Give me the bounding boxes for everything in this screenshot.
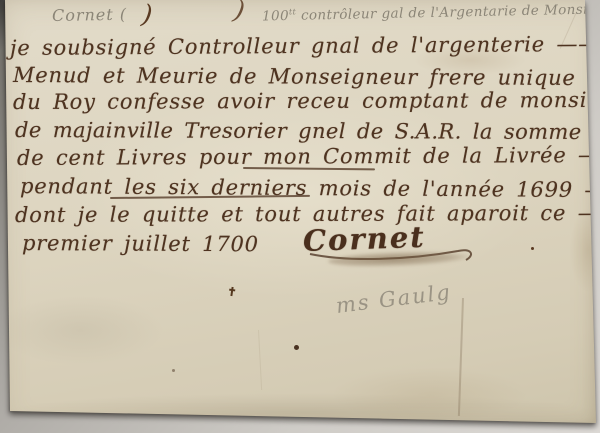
ink-speck-mark — [230, 287, 233, 296]
ink-dot — [531, 247, 534, 250]
crease-line — [458, 298, 464, 416]
manuscript-line-3: du Roy confesse avoir receu comptant de … — [13, 88, 600, 115]
document-photo: Cornet ( 100tt contrôleur gal de l'Argen… — [0, 0, 600, 433]
crease-line — [258, 330, 262, 390]
ink-speck — [294, 345, 299, 350]
manuscript-line-6: pendant les six derniers mois de l'année… — [20, 174, 600, 203]
text-underline — [243, 167, 375, 170]
pencil-title-text: contrôleur gal de l'Argentarie de Monsie… — [301, 1, 600, 24]
manuscript-paper: Cornet ( 100tt contrôleur gal de l'Argen… — [0, 0, 600, 433]
ink-curl-mark: ) — [231, 0, 247, 27]
manuscript-line-2: Menud et Meurie de Monseigneur frere uni… — [13, 63, 576, 91]
pencil-annotation-bottom: ms Gaulg — [335, 280, 453, 318]
manuscript-line-1: je soubsigné Controlleur gnal de l'argen… — [10, 32, 600, 61]
manuscript-date-line: premier juillet 1700 — [22, 231, 259, 257]
pencil-annotation-top-left: Cornet ( — [52, 5, 127, 25]
pencil-inventory-number: 100 — [262, 8, 289, 25]
ink-speck — [172, 369, 175, 372]
photo-backdrop: Cornet ( 100tt contrôleur gal de l'Argen… — [0, 0, 600, 433]
ink-curl-mark: ) — [140, 0, 154, 31]
pencil-superscript: tt — [289, 6, 297, 16]
pencil-annotation-top-right: 100tt contrôleur gal de l'Argentarie de … — [262, 0, 600, 24]
manuscript-line-4: de majainville Tresorier gnel de S.A.R. … — [15, 118, 600, 145]
